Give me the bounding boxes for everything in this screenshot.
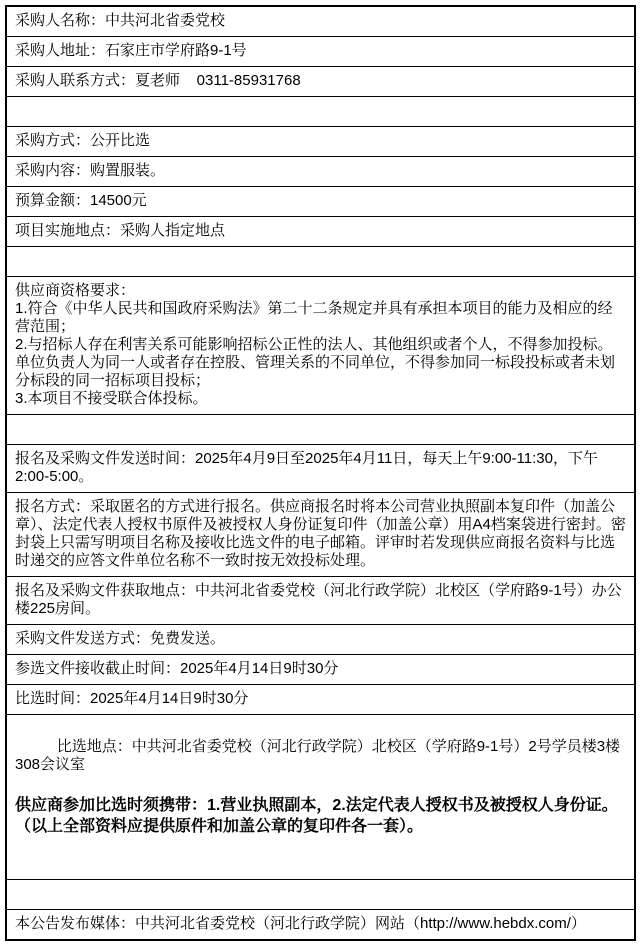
comparison-time: 比选时间：2025年4月14日9时30分 (6, 685, 635, 715)
spacer-row (6, 97, 635, 127)
supplier-qualification-requirements: 供应商资格要求： 1.符合《中华人民共和国政府采购法》第二十二条规定并具有承担本… (6, 277, 635, 415)
table-row: 采购文件发送方式：免费发送。 (6, 625, 635, 655)
table-row: 采购内容：购置服装。 (6, 157, 635, 187)
table-row: 报名及采购文件发送时间：2025年4月9日至2025年4月11日，每天上午9:0… (6, 445, 635, 493)
procurement-announcement-page: 采购人名称：中共河北省委党校 采购人地址：石家庄市学府路9-1号 采购人联系方式… (0, 0, 641, 947)
procurement-content: 采购内容：购置服装。 (6, 157, 635, 187)
table-row: 供应商资格要求： 1.符合《中华人民共和国政府采购法》第二十二条规定并具有承担本… (6, 277, 635, 415)
table-row (6, 247, 635, 277)
table-row: 预算金额：14500元 (6, 187, 635, 217)
document-pickup-location: 报名及采购文件获取地点：中共河北省委党校（河北行政学院）北校区（学府路9-1号）… (6, 577, 635, 625)
procurement-method: 采购方式：公开比选 (6, 127, 635, 157)
table-row: 报名及采购文件获取地点：中共河北省委党校（河北行政学院）北校区（学府路9-1号）… (6, 577, 635, 625)
items-to-bring-note: 供应商参加比选时须携带：1.营业执照副本，2.法定代表人授权书及被授权人身份证。… (15, 795, 626, 837)
implementation-location: 项目实施地点：采购人指定地点 (6, 217, 635, 247)
announcement-media: 本公告发布媒体：中共河北省委党校（河北行政学院）网站（http://www.he… (6, 910, 635, 941)
purchaser-name: 采购人名称：中共河北省委党校 (6, 6, 635, 37)
table-row (6, 415, 635, 445)
spacer-row (6, 247, 635, 277)
purchaser-address: 采购人地址：石家庄市学府路9-1号 (6, 37, 635, 67)
comparison-location-cell: 比选地点：中共河北省委党校（河北行政学院）北校区（学府路9-1号）2号学员楼3楼… (6, 715, 635, 880)
table-row: 采购方式：公开比选 (6, 127, 635, 157)
table-row: 项目实施地点：采购人指定地点 (6, 217, 635, 247)
registration-document-delivery-time: 报名及采购文件发送时间：2025年4月9日至2025年4月11日，每天上午9:0… (6, 445, 635, 493)
table-row: 比选时间：2025年4月14日9时30分 (6, 685, 635, 715)
table-row: 本公告发布媒体：中共河北省委党校（河北行政学院）网站（http://www.he… (6, 910, 635, 941)
submission-deadline: 参选文件接收截止时间：2025年4月14日9时30分 (6, 655, 635, 685)
table-row (6, 880, 635, 910)
procurement-announcement-table: 采购人名称：中共河北省委党校 采购人地址：石家庄市学府路9-1号 采购人联系方式… (5, 5, 636, 941)
table-row: 参选文件接收截止时间：2025年4月14日9时30分 (6, 655, 635, 685)
table-row (6, 97, 635, 127)
document-delivery-method: 采购文件发送方式：免费发送。 (6, 625, 635, 655)
registration-method: 报名方式：采取匿名的方式进行报名。供应商报名时将本公司营业执照副本复印件（加盖公… (6, 493, 635, 577)
purchaser-contact: 采购人联系方式：夏老师 0311-85931768 (6, 67, 635, 97)
spacer-row (6, 415, 635, 445)
table-row: 比选地点：中共河北省委党校（河北行政学院）北校区（学府路9-1号）2号学员楼3楼… (6, 715, 635, 880)
table-row: 采购人联系方式：夏老师 0311-85931768 (6, 67, 635, 97)
spacer-row (6, 880, 635, 910)
budget-amount: 预算金额：14500元 (6, 187, 635, 217)
table-row: 采购人地址：石家庄市学府路9-1号 (6, 37, 635, 67)
table-row: 采购人名称：中共河北省委党校 (6, 6, 635, 37)
table-row: 报名方式：采取匿名的方式进行报名。供应商报名时将本公司营业执照副本复印件（加盖公… (6, 493, 635, 577)
comparison-location: 比选地点：中共河北省委党校（河北行政学院）北校区（学府路9-1号）2号学员楼3楼… (15, 738, 620, 773)
